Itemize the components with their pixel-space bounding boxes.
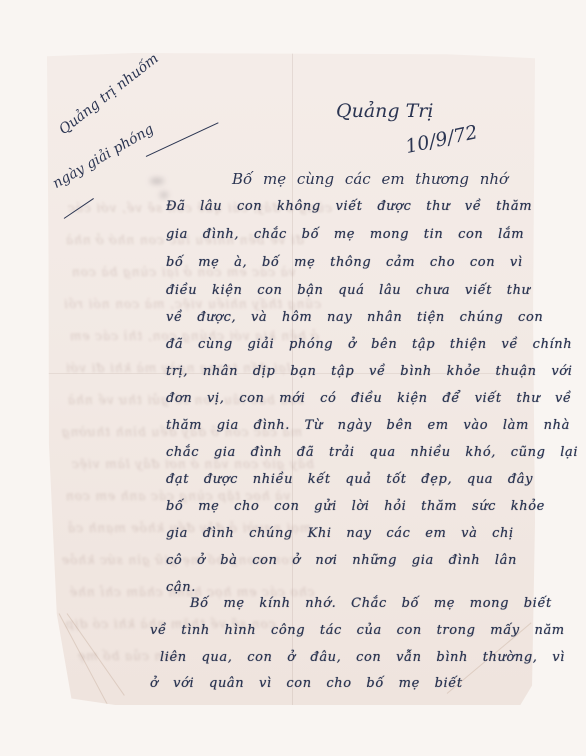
letter-line: liên qua, con ở đâu, con vẫn bình thường… — [160, 650, 520, 665]
letter-line: gia đình chúng Khi nay các em và chị — [166, 526, 526, 541]
letter-line: Đã lâu con không viết được thư về thăm — [166, 199, 526, 214]
ink-smudge — [150, 178, 164, 184]
letter-line: bố mẹ à, bố mẹ thông cảm cho con vì — [166, 255, 526, 270]
letter-line: bố mẹ cho con gửi lời hỏi thăm sức khỏe — [166, 499, 526, 514]
letter-line: cận. — [166, 580, 526, 595]
letter-line: Bố mẹ kính nhớ. Chắc bố mẹ mong biết — [190, 596, 550, 611]
letter-line: trị, nhân dịp bạn tập về bình khỏe thuận… — [166, 364, 526, 379]
letter-line: đơn vị, con mới có điều kiện để viết thư… — [166, 391, 526, 406]
letter-salutation: Bố mẹ cùng các em thương nhớ — [232, 170, 508, 188]
letter-line: thăm gia đình. Từ ngày bên em vào làm nh… — [166, 418, 526, 433]
letter-place: Quảng Trị — [336, 100, 433, 122]
letter-line: điều kiện con bận quá lâu chưa viết thư — [166, 283, 526, 298]
letter-line: ở với quân vì con cho bố mẹ biết — [150, 676, 510, 691]
letter-line: gia đình, chắc bố mẹ mong tin con lắm — [166, 227, 526, 242]
letter-line: chắc gia đình đã trải qua nhiều khó, cũn… — [166, 445, 526, 460]
letter-line: về được, và hôm nay nhân tiện chúng con — [166, 310, 526, 325]
letter-line: đã cùng giải phóng ở bên tập thiện về ch… — [166, 337, 526, 352]
letter-line: đạt được nhiều kết quả tốt đẹp, qua đây — [166, 472, 526, 487]
ink-smudge — [160, 192, 168, 198]
letter-line: về tình hình công tác của con trong mấy … — [150, 623, 510, 638]
bleed-through-text: cũng thấy nhiều việc, mà con nói rồi — [63, 297, 321, 311]
letter-line: cô ở bà con ở nơi những gia đình lân — [166, 553, 526, 568]
